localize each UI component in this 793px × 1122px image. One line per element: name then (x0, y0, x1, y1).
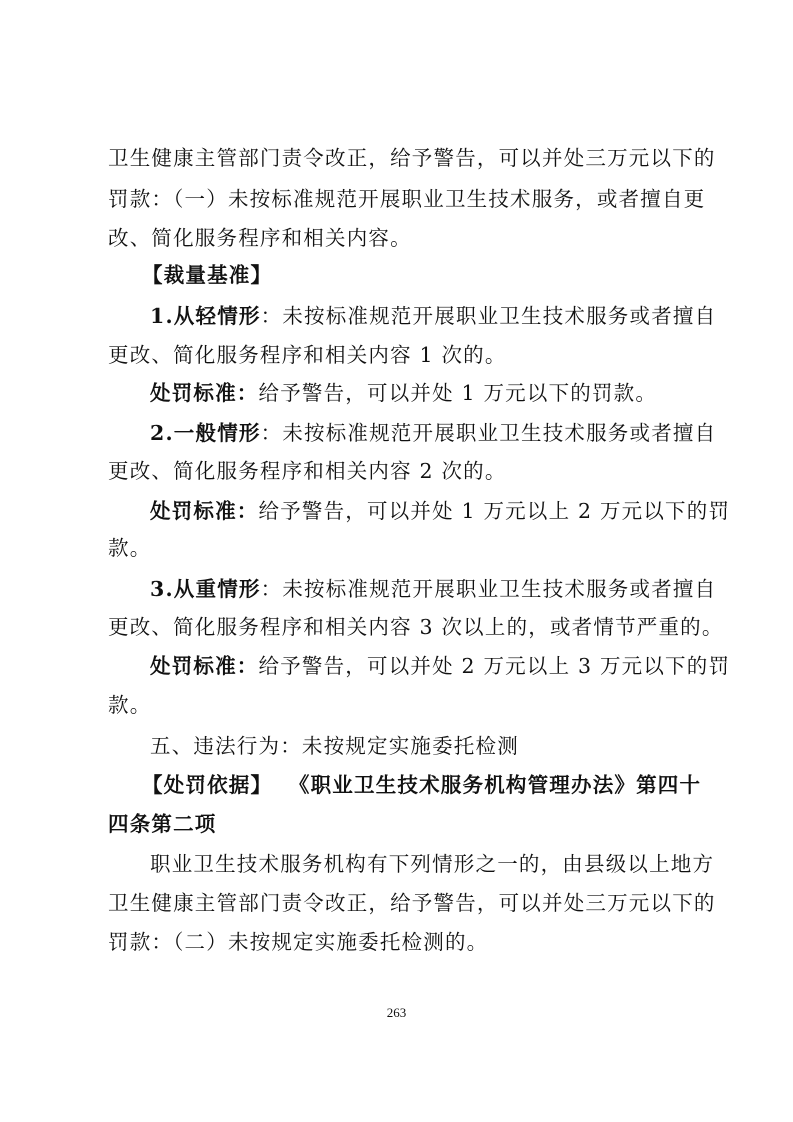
basis-text-cont: 四条第二项 (108, 812, 693, 836)
paragraph-line: 改、简化服务程序和相关内容。 (108, 226, 693, 250)
criteria-text: 未按标准规范开展职业卫生技术服务或者擅自 (282, 421, 716, 445)
page-number: 263 (0, 1005, 793, 1021)
penalty-label: 处罚标准： (150, 499, 259, 523)
penalty-standard-1: 处罚标准：给予警告，可以并处 1 万元以下的罚款。 (150, 381, 693, 405)
penalty-text: 给予警告，可以并处 2 万元以上 3 万元以下的罚 (259, 654, 731, 678)
penalty-text: 给予警告，可以并处 1 万元以下的罚款。 (259, 381, 658, 405)
criteria-item-1: 1.从轻情形：未按标准规范开展职业卫生技术服务或者擅自 (150, 304, 693, 328)
penalty-standard-2: 处罚标准：给予警告，可以并处 1 万元以上 2 万元以下的罚 (150, 499, 693, 523)
criteria-label: 1.从轻情形 (150, 304, 261, 328)
penalty-text-cont: 款。 (108, 536, 693, 560)
criteria-text-cont: 更改、简化服务程序和相关内容 3 次以上的，或者情节严重的。 (108, 615, 693, 639)
criteria-text-cont: 更改、简化服务程序和相关内容 2 次的。 (108, 459, 693, 483)
penalty-text: 给予警告，可以并处 1 万元以上 2 万元以下的罚 (259, 499, 731, 523)
criteria-text: 未按标准规范开展职业卫生技术服务或者擅自 (282, 304, 716, 328)
criteria-label: 3.从重情形 (150, 577, 261, 601)
criteria-text: 未按标准规范开展职业卫生技术服务或者擅自 (282, 577, 716, 601)
criteria-item-3: 3.从重情形：未按标准规范开展职业卫生技术服务或者擅自 (150, 577, 693, 601)
violation-heading: 五、违法行为：未按规定实施委托检测 (150, 734, 693, 758)
criteria-text-cont: 更改、简化服务程序和相关内容 1 次的。 (108, 343, 693, 367)
paragraph-line: 罚款：（一）未按标准规范开展职业卫生技术服务，或者擅自更 (108, 187, 693, 211)
body-line: 卫生健康主管部门责令改正，给予警告，可以并处三万元以下的 (108, 891, 693, 915)
body-line: 罚款：（二）未按规定实施委托检测的。 (108, 930, 693, 954)
penalty-label: 处罚标准： (150, 654, 259, 678)
penalty-text-cont: 款。 (108, 693, 693, 717)
penalty-label: 处罚标准： (150, 381, 259, 405)
criteria-item-2: 2.一般情形：未按标准规范开展职业卫生技术服务或者擅自 (150, 421, 693, 445)
paragraph-line: 卫生健康主管部门责令改正，给予警告，可以并处三万元以下的 (108, 146, 693, 170)
section-heading: 【裁量基准】 (142, 263, 685, 287)
basis-text: 《职业卫生技术服务机构管理办法》第四十 (289, 773, 701, 797)
basis-heading: 【处罚依据】 (142, 773, 272, 797)
body-line: 职业卫生技术服务机构有下列情形之一的，由县级以上地方 (150, 852, 693, 876)
basis-line: 【处罚依据】 《职业卫生技术服务机构管理办法》第四十 (142, 773, 685, 797)
criteria-label: 2.一般情形 (150, 421, 261, 445)
penalty-standard-3: 处罚标准：给予警告，可以并处 2 万元以上 3 万元以下的罚 (150, 654, 693, 678)
document-page: 卫生健康主管部门责令改正，给予警告，可以并处三万元以下的 罚款：（一）未按标准规… (0, 0, 793, 1122)
